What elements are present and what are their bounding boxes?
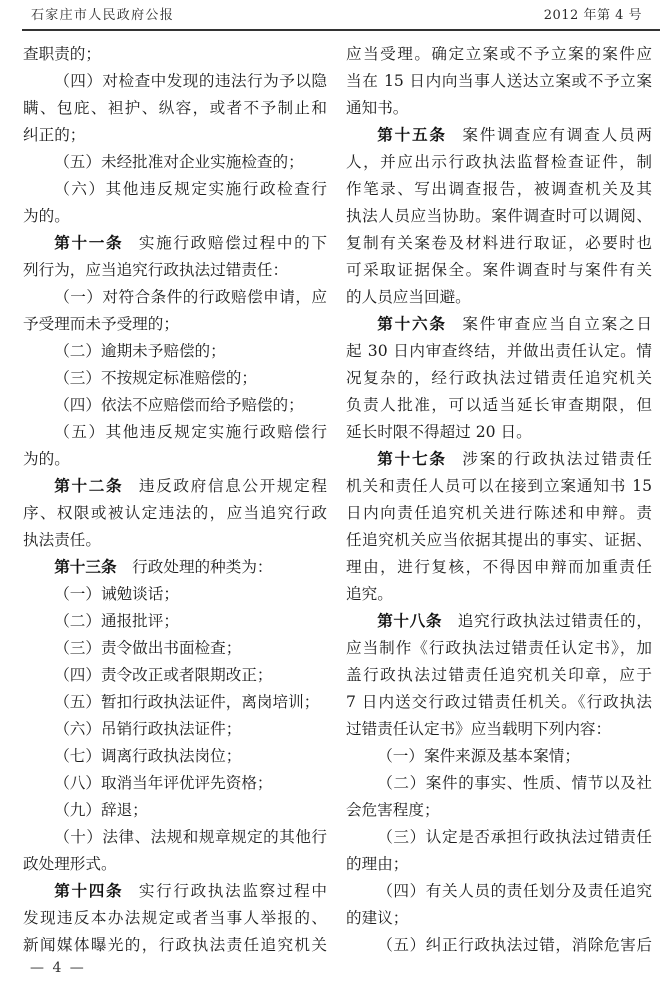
text-line: 予受理而未予受理的；	[23, 311, 327, 338]
text-line: （一）对符合条件的行政赔偿申请，应	[23, 284, 327, 311]
text-line: 发现违反本办法规定或者当事人举报的、	[23, 905, 327, 932]
text-line: （五）未经批准对企业实施检查的；	[23, 149, 327, 176]
text-line: （七）调离行政执法岗位；	[23, 743, 327, 770]
text-line: 盖行政执法过错责任追究机关印章，应于	[346, 662, 652, 689]
article-label: 第十三条	[54, 558, 116, 576]
text-line: 况复杂的，经行政执法过错责任追究机关	[346, 365, 652, 392]
article-heading-line: 第十二条违反政府信息公开规定程	[23, 473, 327, 500]
text-line: （二）逾期未予赔偿的；	[23, 338, 327, 365]
article-label: 第十六条	[377, 315, 447, 333]
line-text: 行政处理的种类为：	[132, 558, 272, 576]
text-line: 可采取证据保全。案件调查时与案件有关	[346, 257, 652, 284]
text-line: 为的。	[23, 203, 327, 230]
text-line: （九）辞退；	[23, 797, 327, 824]
text-line: （五）暂扣行政执法证件，离岗培训；	[23, 689, 327, 716]
article-heading-line: 第十六条案件审查应当自立案之日	[346, 311, 652, 338]
text-line: 作笔录、写出调查报告，被调查机关及其	[346, 176, 652, 203]
line-text: 追究行政执法过错责任的，	[458, 612, 652, 630]
text-line: 日内向责任追究机关进行陈述和申辩。责	[346, 500, 652, 527]
text-line: 当在 15 日内向当事人送达立案或不予立案	[346, 68, 652, 95]
text-line: 的理由；	[346, 851, 652, 878]
text-line: （六）其他违反规定实施行政检查行	[23, 176, 327, 203]
article-label: 第十四条	[54, 882, 123, 900]
gazette-title: 石家庄市人民政府公报	[31, 8, 174, 24]
text-line: 执法人员应当协助。案件调查时可以调阅、	[346, 203, 652, 230]
text-line: （三）责令做出书面检查；	[23, 635, 327, 662]
line-text: 案件审查应当自立案之日	[462, 315, 652, 333]
text-line: （五）纠正行政执法过错，消除危害后	[346, 932, 652, 959]
article-heading-line: 第十七条涉案的行政执法过错责任	[346, 446, 652, 473]
text-line: 起 30 日内审查终结，并做出责任认定。情	[346, 338, 652, 365]
right-column: 应当受理。确定立案或不予立案的案件应 当在 15 日内向当事人送达立案或不予立案…	[346, 41, 652, 959]
text-line: （四）依法不应赔偿而给予赔偿的；	[23, 392, 327, 419]
article-heading-line: 第十三条行政处理的种类为：	[23, 554, 327, 581]
text-line: 会危害程度；	[346, 797, 652, 824]
text-line: （四）责令改正或者限期改正；	[23, 662, 327, 689]
text-line: 列行为，应当追究行政执法过错责任：	[23, 257, 327, 284]
text-line: 序、权限或被认定违法的，应当追究行政	[23, 500, 327, 527]
text-line: （十）法律、法规和规章规定的其他行	[23, 824, 327, 851]
text-line: （六）吊销行政执法证件；	[23, 716, 327, 743]
text-line: （二）通报批评；	[23, 608, 327, 635]
line-text: 案件调查应有调查人员两	[462, 126, 652, 144]
text-line: 复制有关案卷及材料进行取证，必要时也	[346, 230, 652, 257]
article-heading-line: 第十四条实行行政执法监察过程中	[23, 878, 327, 905]
text-line: 应当制作《行政执法过错责任认定书》，加	[346, 635, 652, 662]
text-line: 新闻媒体曝光的，行政执法责任追究机关	[23, 932, 327, 959]
text-line: 瞒、包庇、袒护、纵容，或者不予制止和	[23, 95, 327, 122]
text-line: （二）案件的事实、性质、情节以及社	[346, 770, 652, 797]
article-label: 第十八条	[377, 612, 442, 630]
text-line: 政处理形式。	[23, 851, 327, 878]
line-text: 违反政府信息公开规定程	[139, 477, 327, 495]
text-line: 的人员应当回避。	[346, 284, 652, 311]
line-text: 涉案的行政执法过错责任	[462, 450, 652, 468]
page-number: — 4 —	[30, 958, 86, 978]
text-line: 执法责任。	[23, 527, 327, 554]
text-line: 延长时限不得超过 20 日。	[346, 419, 652, 446]
text-line: 的建议；	[346, 905, 652, 932]
text-line: 人，并应出示行政执法监督检查证件，制	[346, 149, 652, 176]
text-line: （三）不按规定标准赔偿的；	[23, 365, 327, 392]
left-column: 查职责的； （四）对检查中发现的违法行为予以隐 瞒、包庇、袒护、纵容，或者不予制…	[23, 41, 327, 959]
text-line: 7 日内送交行政过错责任机关。《行政执法	[346, 689, 652, 716]
text-line: 负责人批准，可以适当延长审查期限，但	[346, 392, 652, 419]
text-line: （一）案件来源及基本案情；	[346, 743, 652, 770]
article-heading-line: 第十五条案件调查应有调查人员两	[346, 122, 652, 149]
text-line: 应当受理。确定立案或不予立案的案件应	[346, 41, 652, 68]
text-line: （八）取消当年评优评先资格；	[23, 770, 327, 797]
issue-number: 2012 年第 4 号	[544, 8, 642, 24]
text-line: 任追究机关应当依据其提出的事实、证据、	[346, 527, 652, 554]
text-line: 理由，进行复核，不得因申辩而加重责任	[346, 554, 652, 581]
line-text: 实施行政赔偿过程中的下	[139, 234, 327, 252]
text-line: 查职责的；	[23, 41, 327, 68]
article-label: 第十二条	[54, 477, 123, 495]
line-text: 实行行政执法监察过程中	[139, 882, 327, 900]
article-label: 第十七条	[377, 450, 447, 468]
text-line: （四）有关人员的责任划分及责任追究	[346, 878, 652, 905]
text-line: （四）对检查中发现的违法行为予以隐	[23, 68, 327, 95]
article-label: 第十五条	[377, 126, 447, 144]
article-label: 第十一条	[54, 234, 123, 252]
text-line: 机关和责任人员可以在接到立案通知书 15	[346, 473, 652, 500]
text-line: 为的。	[23, 446, 327, 473]
header-rule	[22, 29, 660, 31]
text-line: 通知书。	[346, 95, 652, 122]
text-line: 过错责任认定书》应当载明下列内容：	[346, 716, 652, 743]
article-heading-line: 第十一条实施行政赔偿过程中的下	[23, 230, 327, 257]
text-line: （三）认定是否承担行政执法过错责任	[346, 824, 652, 851]
text-line: 追究。	[346, 581, 652, 608]
text-line: （一）诫勉谈话；	[23, 581, 327, 608]
text-line: （五）其他违反规定实施行政赔偿行	[23, 419, 327, 446]
article-heading-line: 第十八条追究行政执法过错责任的，	[346, 608, 652, 635]
text-line: 纠正的；	[23, 122, 327, 149]
